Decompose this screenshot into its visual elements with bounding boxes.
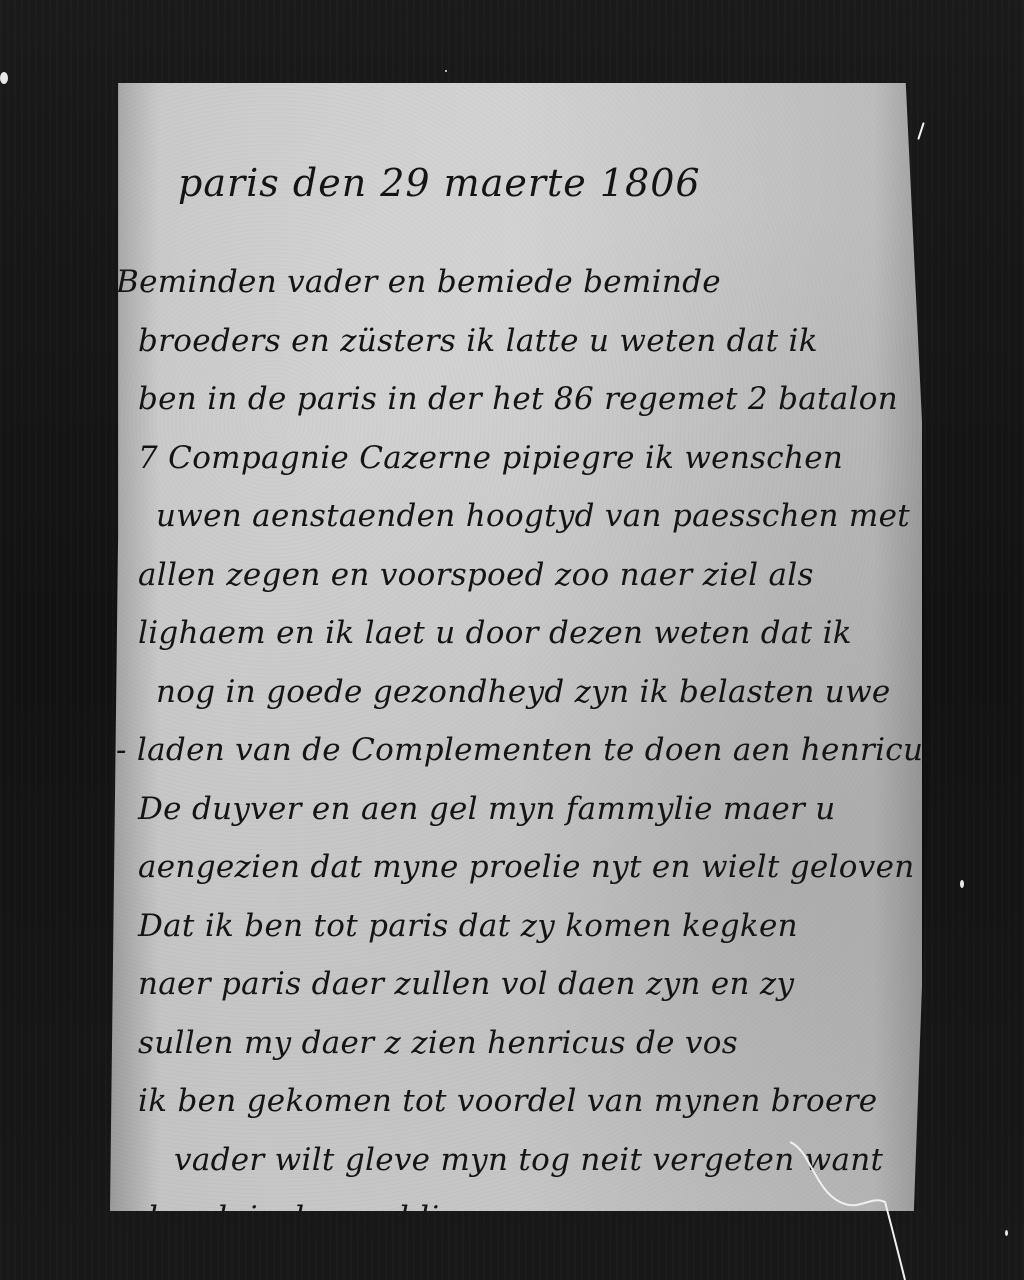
letter-line: allen zegen en voorspoed zoo naer ziel a… (138, 546, 908, 605)
dust-speck (445, 70, 447, 72)
letter-line: ben in de paris in der het 86 regemet 2 … (138, 370, 908, 429)
hair-fiber (790, 1140, 970, 1280)
dust-speck (1005, 1230, 1008, 1236)
letter-line: aengezien dat myne proelie nyt en wielt … (138, 838, 908, 897)
letter-text: paris den 29 maerte 1806 Beminden vader … (138, 153, 908, 1248)
letter-line: nog in goede gezondheyd zyn ik belasten … (156, 663, 908, 722)
letter-line: De duyver en aen gel myn fammylie maer u (138, 780, 908, 839)
letter-line: - laden van de Complementen te doen aen … (116, 721, 908, 780)
letter-line: Dat ik ben tot paris dat zy komen kegken (138, 897, 908, 956)
dust-speck (960, 880, 964, 888)
dust-speck (0, 72, 8, 84)
letter-line: 7 Compagnie Cazerne pipiegre ik wenschen (138, 429, 908, 488)
letter-line: uwen aenstaenden hoogtyd van paesschen m… (156, 487, 908, 546)
letter-line: naer paris daer zullen vol daen zyn en z… (138, 955, 908, 1014)
letter-line: lighaem en ik laet u door dezen weten da… (138, 604, 908, 663)
letter-line: ik ben gekomen tot voordel van mynen bro… (138, 1072, 908, 1131)
letter-date-line: paris den 29 maerte 1806 (178, 153, 908, 253)
letter-line: sullen my daer z zien henricus de vos (138, 1014, 908, 1073)
letter-page: paris den 29 maerte 1806 Beminden vader … (110, 83, 922, 1211)
letter-line: broeders en züsters ik latte u weten dat… (138, 312, 908, 371)
letter-line: Beminden vader en bemiede beminde (116, 253, 908, 312)
